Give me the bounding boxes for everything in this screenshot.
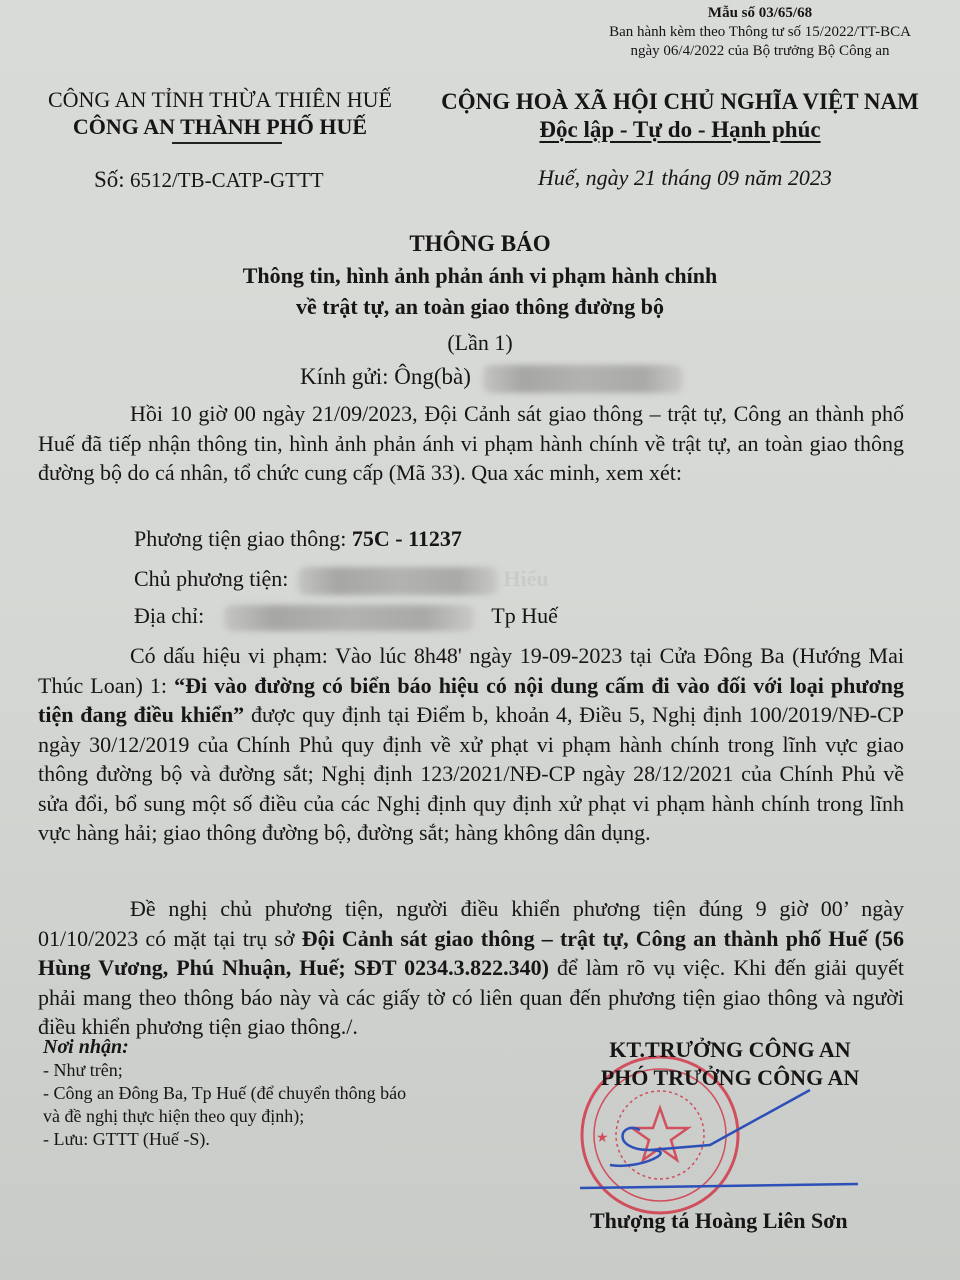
recipient-item: và đề nghị thực hiện theo quy định);	[43, 1105, 406, 1128]
form-code: Mẫu số 03/65/68	[560, 4, 960, 23]
country-name: CỘNG HOÀ XÃ HỘI CHỦ NGHĨA VIỆT NAM	[430, 88, 930, 116]
signature-block: KT.TRƯỞNG CÔNG AN PHÓ TRƯỞNG CÔNG AN	[560, 1036, 900, 1092]
form-issued-line-2: ngày 06/4/2022 của Bộ trưởng Bộ Công an	[560, 42, 960, 61]
redacted-address	[224, 605, 474, 631]
issuer-underline	[172, 142, 282, 144]
recipient-line: Kính gửi: Ông(bà)	[300, 364, 683, 393]
plate-label: Phương tiện giao thông:	[134, 526, 346, 551]
document-number-label: Số:	[94, 167, 125, 192]
vehicle-owner-field: Chủ phương tiện: Hiếu	[134, 566, 549, 595]
document-title: THÔNG BÁO Thông tin, hình ảnh phản ánh v…	[0, 228, 960, 358]
issuer-parent: CÔNG AN TỈNH THỪA THIÊN HUẾ	[20, 86, 420, 113]
recipient-item: - Lưu: GTTT (Huế -S).	[43, 1128, 406, 1151]
svg-text:★: ★	[596, 1129, 609, 1145]
address-label: Địa chỉ:	[134, 603, 204, 628]
redacted-recipient-name	[483, 365, 683, 393]
title-main: THÔNG BÁO	[0, 228, 960, 260]
title-sub-2: về trật tự, an toàn giao thông đường bộ	[0, 291, 960, 322]
recipient-item: - Công an Đông Ba, Tp Huế (để chuyển thô…	[43, 1082, 406, 1105]
owner-visible-suffix: Hiếu	[503, 566, 548, 591]
signature-title-1: KT.TRƯỞNG CÔNG AN	[560, 1036, 900, 1064]
recipient-label: Kính gửi: Ông(bà)	[300, 364, 471, 389]
recipient-item: - Như trên;	[43, 1059, 406, 1082]
document-number: Số: 6512/TB-CATP-GTTT	[94, 167, 324, 193]
issuer-unit: CÔNG AN THÀNH PHỐ HUẾ	[20, 113, 420, 140]
owner-label: Chủ phương tiện:	[134, 566, 288, 591]
redacted-owner-name	[298, 567, 498, 595]
place-date: Huế, ngày 21 tháng 09 năm 2023	[538, 165, 832, 191]
request-paragraph: Đề nghị chủ phương tiện, người điều khiể…	[38, 894, 904, 1042]
title-sub-1: Thông tin, hình ảnh phản ánh vi phạm hàn…	[0, 260, 960, 291]
address-visible-suffix: Tp Huế	[491, 603, 558, 628]
national-motto: Độc lập - Tự do - Hạnh phúc	[430, 116, 930, 144]
vehicle-plate-field: Phương tiện giao thông: 75C - 11237	[134, 526, 462, 552]
signer-name: Thượng tá Hoàng Liên Sơn	[590, 1208, 848, 1234]
plate-value: 75C - 11237	[352, 526, 462, 551]
intro-paragraph: Hồi 10 giờ 00 ngày 21/09/2023, Đội Cảnh …	[38, 399, 904, 488]
violation-paragraph: Có dấu hiệu vi phạm: Vào lúc 8h48' ngày …	[38, 641, 904, 848]
recipients-heading: Nơi nhận:	[43, 1036, 406, 1059]
address-field: Địa chỉ: Tp Huế	[134, 603, 558, 631]
title-round: (Lần 1)	[0, 328, 960, 358]
issuer-header: CÔNG AN TỈNH THỪA THIÊN HUẾ CÔNG AN THÀN…	[20, 86, 420, 144]
intro-text: Hồi 10 giờ 00 ngày 21/09/2023, Đội Cảnh …	[38, 401, 904, 485]
recipients-list: Nơi nhận: - Như trên; - Công an Đông Ba,…	[43, 1036, 406, 1151]
signature-title-2: PHÓ TRƯỞNG CÔNG AN	[560, 1064, 900, 1092]
form-identifier: Mẫu số 03/65/68 Ban hành kèm theo Thông …	[560, 4, 960, 61]
document-number-value: 6512/TB-CATP-GTTT	[130, 168, 324, 192]
form-issued-line-1: Ban hành kèm theo Thông tư số 15/2022/TT…	[560, 23, 960, 42]
national-header: CỘNG HOÀ XÃ HỘI CHỦ NGHĨA VIỆT NAM Độc l…	[430, 88, 930, 144]
